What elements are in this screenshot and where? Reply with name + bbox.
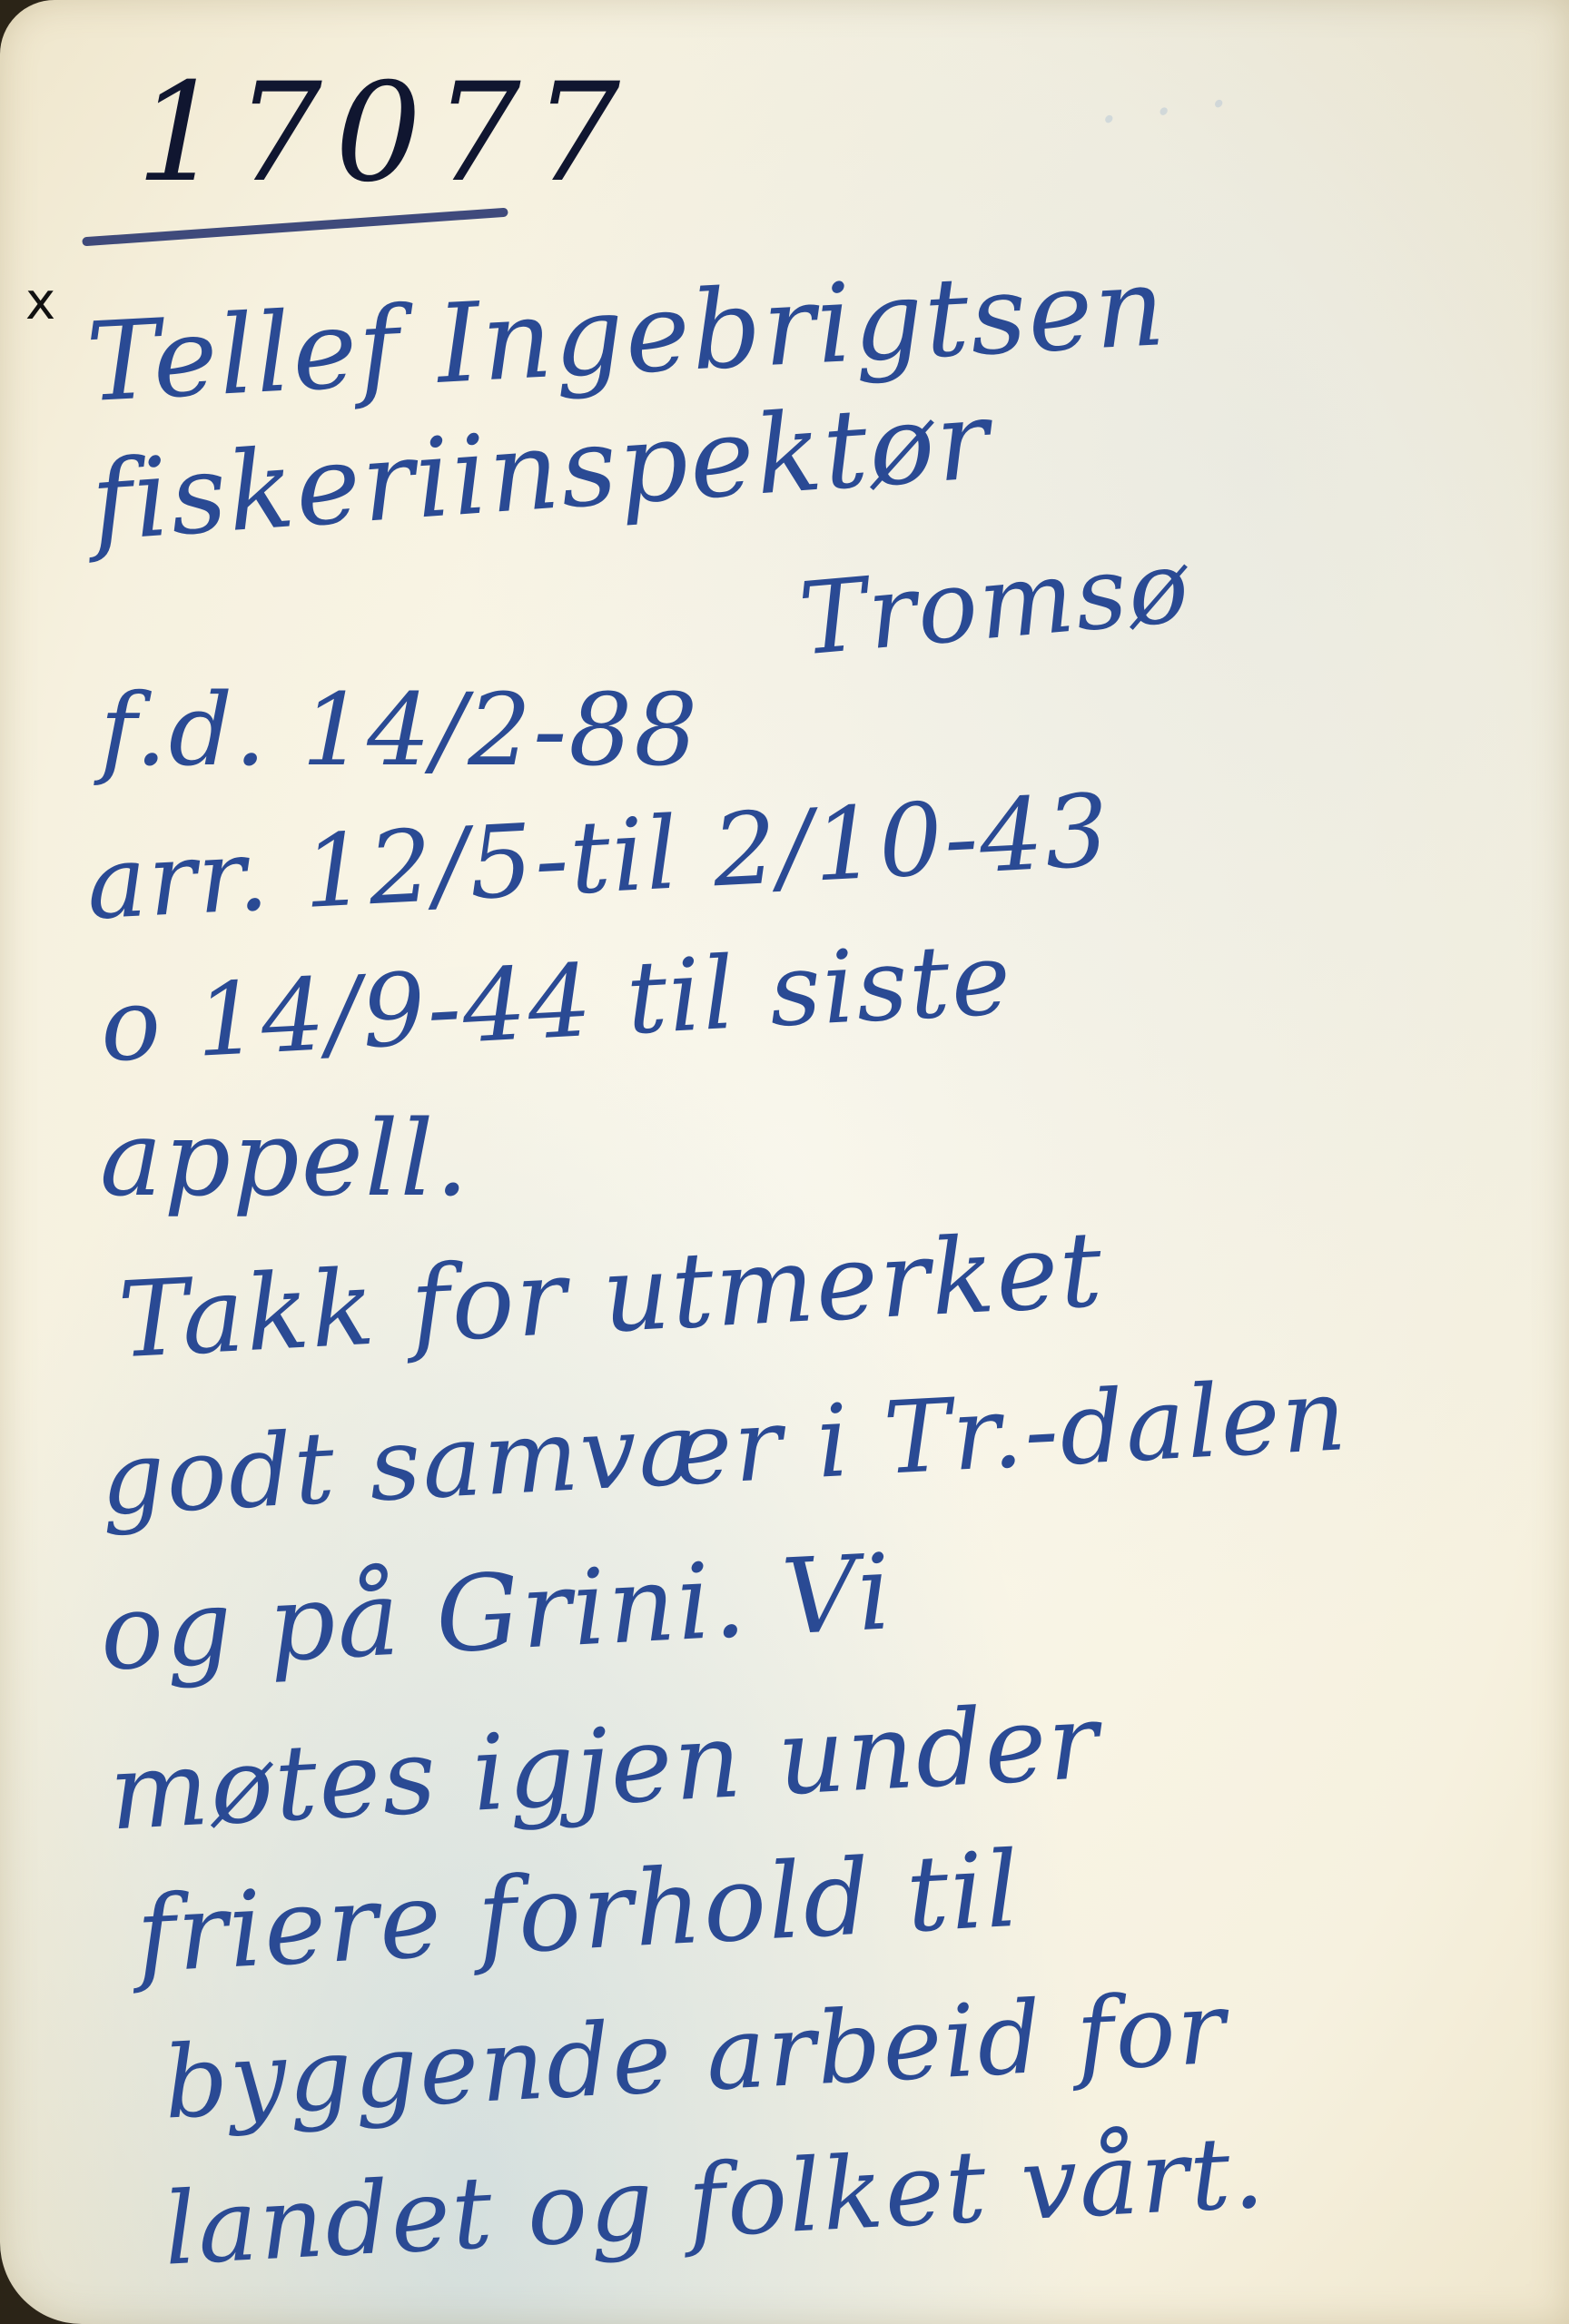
place-line: Tromsø (794, 527, 1195, 677)
bleed-through-text: · · · (1039, 60, 1234, 172)
birth-line: f.d. 14/2-88 (100, 672, 699, 788)
card-number: 17077 (136, 54, 633, 212)
message-line-6: byggende arbeid for (161, 1969, 1229, 2141)
message-line-3: og på Grini. Vi (97, 1531, 895, 1695)
underline-rule (82, 208, 508, 247)
message-line-4: møtes igjen under (106, 1681, 1102, 1855)
arrest-line: arr. 12/5-til 2/10-43 (84, 773, 1113, 942)
handwritten-card: · · · 17077 x Tellef Ingebrigtsen fisker… (0, 0, 1569, 2324)
name-line: Tellef Ingebrigtsen (84, 244, 1169, 427)
period-line: o 14/9-44 til siste (97, 921, 1015, 1084)
message-line-5: friere forhold til (133, 1829, 1023, 1997)
appell-line: appell. (100, 1098, 470, 1220)
message-line-7: landet og folket vårt. (161, 2113, 1268, 2287)
message-line-1: Takk for utmerket (115, 1209, 1106, 1383)
message-line-2: godt samvær i Tr.-dalen (98, 1356, 1351, 1538)
x-mark: x (25, 272, 55, 331)
